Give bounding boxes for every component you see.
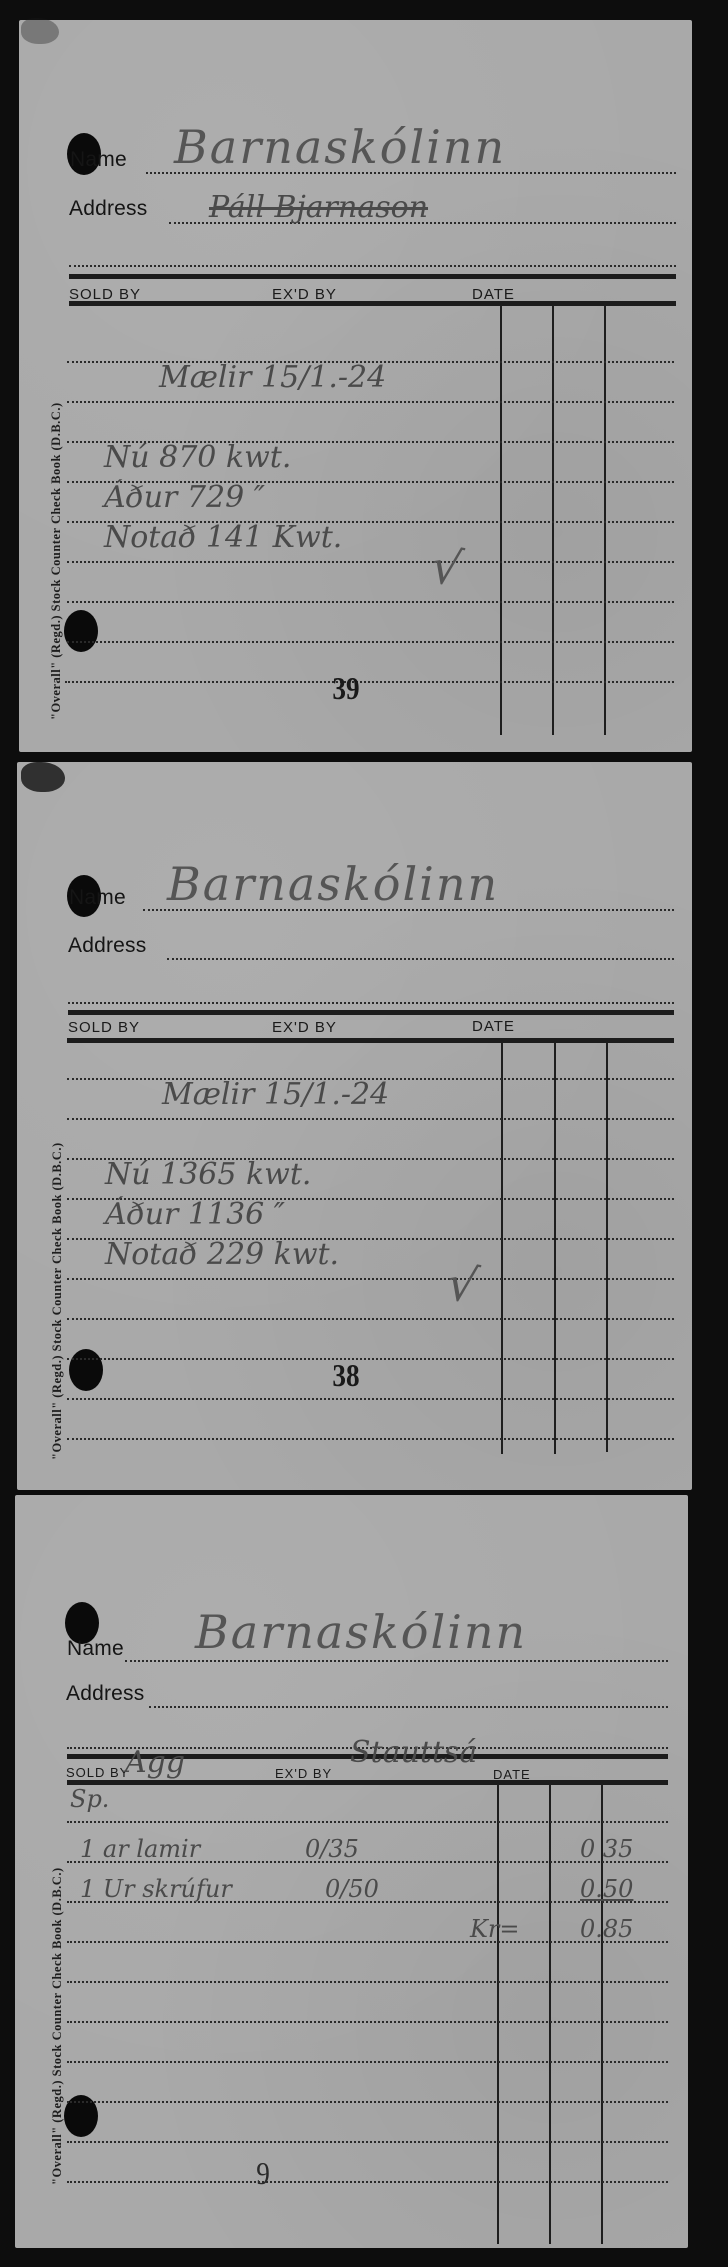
ruled-line [67, 2141, 668, 2143]
name-line [125, 1660, 668, 1662]
header-rule-top [68, 1010, 674, 1015]
exd-by-label: EX'D BY [272, 1019, 337, 1036]
ruled-line [65, 681, 674, 683]
column-divider-1 [501, 1042, 503, 1454]
column-divider-2 [554, 1042, 556, 1454]
exd-by-value: Stauttsá [350, 1735, 477, 1770]
sold-by-label: SOLD BY [68, 1019, 140, 1036]
item-1-desc: 1 ar lamir [80, 1835, 200, 1863]
punch-hole-bottom [64, 610, 98, 652]
item-1-unit: 0/35 [305, 1835, 359, 1863]
name-label: Name [67, 1637, 124, 1661]
header-rule-bottom [69, 301, 676, 306]
address-value: Páll Bjarnason [209, 190, 428, 225]
item-2-unit: 0/50 [325, 1875, 379, 1903]
sold-by-label: SOLD BY [66, 1765, 129, 1780]
column-divider-3 [606, 1042, 608, 1452]
total-label: Kr= [470, 1915, 520, 1943]
ruled-line [67, 561, 674, 563]
column-divider-1 [500, 305, 502, 735]
name-value: Barnaskólinn [174, 120, 506, 174]
column-divider-2 [549, 1784, 551, 2244]
header-rule-bottom [67, 1038, 674, 1043]
side-imprint: "Overall" (Regd.) Stock Counter Check Bo… [49, 402, 64, 720]
entry-line-4: Notað 141 Kwt. [104, 520, 342, 555]
check-card-38: "Overall" (Regd.) Stock Counter Check Bo… [17, 762, 692, 1490]
ruled-line [67, 1981, 668, 1983]
ruled-line [67, 1118, 674, 1120]
address-label: Address [66, 1682, 144, 1706]
entry-line-3: Áður 729 ″ [104, 480, 265, 515]
ruled-line [67, 1278, 674, 1280]
card-number: 9 [256, 2155, 270, 2192]
column-divider-3 [604, 305, 606, 735]
entry-line-3: Áður 1136 ″ [105, 1197, 285, 1232]
side-imprint: "Overall" (Regd.) Stock Counter Check Bo… [50, 1142, 65, 1460]
check-card-39: "Overall" (Regd.) Stock Counter Check Bo… [19, 20, 692, 752]
ruled-line [67, 641, 674, 643]
extra-address-line [68, 1002, 674, 1004]
address-label: Address [68, 934, 146, 958]
item-2-amount: 0.50 [580, 1875, 633, 1903]
corner-stain [21, 18, 59, 44]
name-value: Barnaskólinn [195, 1605, 527, 1659]
extra-address-line [69, 265, 676, 267]
entry-line-4: Notað 229 kwt. [105, 1237, 339, 1272]
header-rule-top [69, 274, 676, 279]
ruled-line [67, 1941, 668, 1943]
date-label: DATE [472, 1018, 515, 1035]
entry-line-1: Mælir 15/1.-24 [159, 360, 386, 395]
name-label: Name [69, 886, 126, 910]
header-rule-bottom [67, 1780, 668, 1785]
column-divider-1 [497, 1784, 499, 2244]
ruled-line [67, 1821, 668, 1823]
exd-by-label: EX'D BY [275, 1766, 332, 1781]
entry-line-2: Nú 1365 kwt. [105, 1157, 311, 1192]
card-number: 38 [332, 1357, 359, 1394]
ruled-line [67, 2181, 668, 2183]
ruled-line [67, 1318, 674, 1320]
corner-stain [21, 762, 65, 792]
check-mark: √ [426, 538, 466, 598]
ruled-line [67, 2061, 668, 2063]
entry-line-1: Mælir 15/1.-24 [162, 1077, 389, 1112]
side-imprint: "Overall" (Regd.) Stock Counter Check Bo… [50, 1867, 65, 2185]
sold-by-value: Agg [125, 1745, 185, 1780]
column-divider-2 [552, 305, 554, 735]
ruled-line [67, 2101, 668, 2103]
check-card-9: "Overall" (Regd.) Stock Counter Check Bo… [15, 1495, 688, 2248]
ruled-line [67, 1398, 674, 1400]
card-number: 39 [332, 670, 359, 707]
name-value: Barnaskólinn [167, 857, 499, 911]
ruled-line [67, 1358, 674, 1360]
name-label: Name [70, 148, 127, 172]
item-1-amount: 0 35 [580, 1835, 633, 1863]
total-amount: 0.85 [580, 1915, 633, 1943]
ruled-line [67, 2021, 668, 2023]
ruled-line [67, 601, 674, 603]
entry-line-2: Nú 870 kwt. [104, 440, 291, 475]
ruled-line [67, 1438, 674, 1440]
line-prefix: Sp. [70, 1785, 109, 1813]
address-label: Address [69, 197, 147, 221]
item-2-desc: 1 Ur skrúfur [80, 1875, 232, 1903]
address-line [149, 1706, 668, 1708]
check-mark: √ [442, 1255, 482, 1315]
punch-hole-bottom [69, 1349, 103, 1391]
address-line [167, 958, 674, 960]
ruled-line [67, 401, 674, 403]
